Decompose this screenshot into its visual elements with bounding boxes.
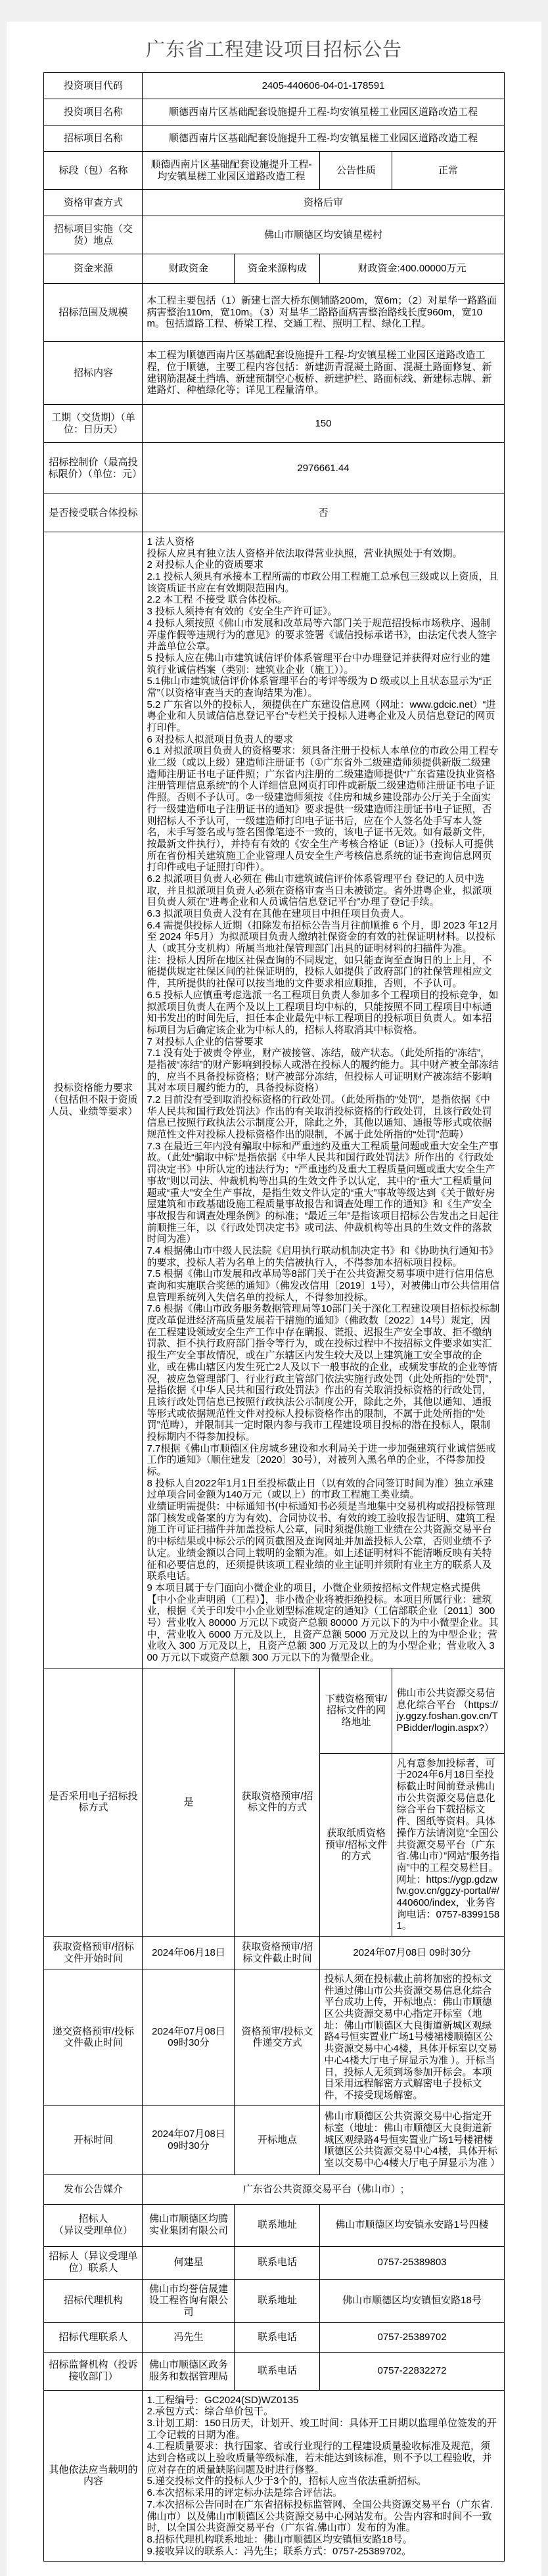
supervisor-phone-value: 0757-22832272: [320, 2352, 504, 2390]
row-consortium: 是否接受联合体投标 否: [44, 494, 504, 532]
media-value: 广东省公共资源交易平台（佛山市）;: [143, 2174, 504, 2204]
row-location: 招标项目实施（交货）地点 佛山市顺德区均安镇星槎村: [44, 216, 504, 254]
funding-comp-label: 资金来源构成: [235, 254, 320, 284]
qualification-value: 1 法人资格 投标人应具有独立法人资格并依法取得营业执照，营业执照处于有效期。 …: [143, 532, 504, 1668]
project-code-value: 2405-440606-04-01-178591: [143, 73, 504, 99]
invest-name-label: 投资项目名称: [44, 99, 143, 126]
control-price-value: 2976661.44: [143, 443, 504, 494]
agency-value: 佛山市均誉信晟建设工程咨询有限公司: [143, 2279, 235, 2322]
project-code-label: 投资项目代码: [44, 73, 143, 99]
doc-download-label: 下载资格预审/招标文件的网络地址: [320, 1668, 392, 1753]
row-tender-name: 招标项目名称 顺德西南片区基础配套设施提升工程-均安镇星槎工业园区道路改造工程: [44, 126, 504, 152]
agency-label: 招标代理机构: [44, 2279, 143, 2322]
location-label: 招标项目实施（交货）地点: [44, 216, 143, 254]
e-bidding-label: 是否采用电子招标投标方式: [44, 1668, 143, 1936]
row-other: 其他依法应当载明的内容 1.工程编号：GC2024(SD)WZ0135 2.承包…: [44, 2390, 504, 2562]
qualification-label: 投标资格能力要求（包括但不限于资质人员、业绩等要求）: [44, 532, 143, 1668]
announcement-table: 投资项目代码 2405-440606-04-01-178591 投资项目名称 顺…: [43, 72, 504, 2562]
tenderer-value: 佛山市顺德区均腾实业集团有限公司: [143, 2204, 235, 2246]
announcement-card: 广东省工程建设项目招标公告 投资项目代码 2405-440606-04-01-1…: [7, 22, 541, 2576]
row-scope: 招标范围及规模 本工程主要包括（1）新建七滘大桥东侧辅路200m，宽6m；（2）…: [44, 284, 504, 342]
row-content: 招标内容 本工程为顺德西南片区基础配套设施提升工程-均安镇星槎工业园区道路改造工…: [44, 342, 504, 405]
supervisor-label: 招标监督机构（投诉接收部门）: [44, 2352, 143, 2390]
doc-paper-label: 获取纸质资格预审/招标文件的方式: [320, 1753, 392, 1936]
section-label: 标段（包）名称: [44, 152, 143, 190]
agency-addr-value: 佛山市顺德区均安镇恒安路18号: [320, 2279, 504, 2322]
consortium-label: 是否接受联合体投标: [44, 494, 143, 532]
supervisor-phone-label: 联系电话: [235, 2352, 320, 2390]
duration-value: 150: [143, 405, 504, 443]
acquire-end-value: 2024年07月08日 09时30分: [320, 1937, 504, 1969]
row-agency-contact: 招标代理联系人 冯先生 联系电话 0757-25389702: [44, 2322, 504, 2352]
row-tenderer-contact: 招标人（异议受理单位）联系人 何建星 联系电话 0757-25389803: [44, 2246, 504, 2279]
control-price-label: 招标控制价（最高投标限价）（单位：元）: [44, 443, 143, 494]
acquire-end-label: 获取资格预审/招标文件截止时间: [235, 1937, 320, 1969]
row-submit: 递交资格预审/投标文件截止时间 2024年07月08日 09时30分 资格预审/…: [44, 1969, 504, 2106]
content-value: 本工程为顺德西南片区基础配套设施提升工程-均安镇星槎工业园区道路改造工程，位于顺…: [143, 342, 504, 405]
row-duration: 工期（交货期）（单位：日历天） 150: [44, 405, 504, 443]
submit-method-value: 投标人须在投标截止前将加密的投标文件通过佛山市公共资源交易信息化综合平台成功上传…: [320, 1969, 504, 2106]
row-control-price: 招标控制价（最高投标限价）（单位：元） 2976661.44: [44, 443, 504, 494]
doc-acquire-label: 获取资格预审/招标文件的方式: [235, 1668, 320, 1936]
scope-value: 本工程主要包括（1）新建七滘大桥东侧辅路200m，宽6m；（2）对星华一路路面病…: [143, 284, 504, 342]
acquire-start-value: 2024年06月18日: [143, 1937, 235, 1969]
notice-nature-label: 公告性质: [320, 152, 392, 190]
open-place-label: 开标地点: [235, 2105, 320, 2174]
e-bidding-value: 是: [143, 1668, 235, 1936]
agency-contact-label: 招标代理联系人: [44, 2322, 143, 2352]
notice-nature-value: 正常: [392, 152, 504, 190]
tenderer-label: 招标人 （异议受理单位）: [44, 2204, 143, 2246]
location-value: 佛山市顺德区均安镇星槎村: [143, 216, 504, 254]
page-title: 广东省工程建设项目招标公告: [7, 28, 541, 72]
open-time-label: 开标时间: [44, 2105, 143, 2174]
section-value: 顺德西南片区基础配套设施提升工程-均安镇星槎工业园区道路改造工程: [143, 152, 320, 190]
open-place-value: 佛山市顺德区公共资源交易中心指定开标室（地址：佛山市顺德区大良街道新城区观绿路4…: [320, 2105, 504, 2174]
funding-comp-value: 财政资金:400.00000万元: [320, 254, 504, 284]
media-label: 发布公告媒介: [44, 2174, 143, 2204]
row-media: 发布公告媒介 广东省公共资源交易平台（佛山市）;: [44, 2174, 504, 2204]
funding-value: 财政资金: [143, 254, 235, 284]
submit-deadline-label: 递交资格预审/投标文件截止时间: [44, 1969, 143, 2106]
row-qual-review: 资格审查方式 资格后审: [44, 190, 504, 216]
acquire-start-label: 获取资格预审/招标文件开始时间: [44, 1937, 143, 1969]
tenderer-contact-label: 招标人（异议受理单位）联系人: [44, 2246, 143, 2279]
other-value: 1.工程编号：GC2024(SD)WZ0135 2.承包方式：综合单价包干。 3…: [143, 2390, 504, 2562]
qual-review-label: 资格审查方式: [44, 190, 143, 216]
row-supervisor: 招标监督机构（投诉接收部门） 佛山市顺德区政务服务和数据管理局 联系电话 075…: [44, 2352, 504, 2390]
invest-name-value: 顺德西南片区基础配套设施提升工程-均安镇星槎工业园区道路改造工程: [143, 99, 504, 126]
row-invest-name: 投资项目名称 顺德西南片区基础配套设施提升工程-均安镇星槎工业园区道路改造工程: [44, 99, 504, 126]
agency-phone-value: 0757-25389702: [320, 2322, 504, 2352]
content-label: 招标内容: [44, 342, 143, 405]
open-time-value: 2024年07月08日 09时30分: [143, 2105, 235, 2174]
doc-paper-value: 凡有意参加投标者，可于2024年6月18日至投标截止时间前登录佛山市公共资源交易…: [392, 1753, 504, 1936]
submit-method-label: 资格预审/投标文件递交方式: [235, 1969, 320, 2106]
row-qualification: 投标资格能力要求（包括但不限于资质人员、业绩等要求） 1 法人资格 投标人应具有…: [44, 532, 504, 1668]
agency-phone-label: 联系电话: [235, 2322, 320, 2352]
tenderer-addr-value: 佛山市顺德区均安镇永安路1号四楼: [320, 2204, 504, 2246]
row-section: 标段（包）名称 顺德西南片区基础配套设施提升工程-均安镇星槎工业园区道路改造工程…: [44, 152, 504, 190]
scope-label: 招标范围及规模: [44, 284, 143, 342]
duration-label: 工期（交货期）（单位：日历天）: [44, 405, 143, 443]
tenderer-contact-value: 何建星: [143, 2246, 235, 2279]
row-funding: 资金来源 财政资金 资金来源构成 财政资金:400.00000万元: [44, 254, 504, 284]
funding-label: 资金来源: [44, 254, 143, 284]
other-label: 其他依法应当载明的内容: [44, 2390, 143, 2562]
agency-contact-value: 冯先生: [143, 2322, 235, 2352]
row-e-bidding: 是否采用电子招标投标方式 是 获取资格预审/招标文件的方式 下载资格预审/招标文…: [44, 1668, 504, 1753]
tender-name-value: 顺德西南片区基础配套设施提升工程-均安镇星槎工业园区道路改造工程: [143, 126, 504, 152]
consortium-value: 否: [143, 494, 504, 532]
tenderer-phone-label: 联系电话: [235, 2246, 320, 2279]
row-acquire-time: 获取资格预审/招标文件开始时间 2024年06月18日 获取资格预审/招标文件截…: [44, 1937, 504, 1969]
row-opening: 开标时间 2024年07月08日 09时30分 开标地点 佛山市顺德区公共资源交…: [44, 2105, 504, 2174]
row-project-code: 投资项目代码 2405-440606-04-01-178591: [44, 73, 504, 99]
row-tenderer: 招标人 （异议受理单位） 佛山市顺德区均腾实业集团有限公司 联系地址 佛山市顺德…: [44, 2204, 504, 2246]
tender-name-label: 招标项目名称: [44, 126, 143, 152]
doc-download-value: 佛山市公共资源交易信息化综合平台 （https://jy.ggzy.foshan…: [392, 1668, 504, 1753]
tenderer-addr-label: 联系地址: [235, 2204, 320, 2246]
supervisor-value: 佛山市顺德区政务服务和数据管理局: [143, 2352, 235, 2390]
row-agency: 招标代理机构 佛山市均誉信晟建设工程咨询有限公司 联系地址 佛山市顺德区均安镇恒…: [44, 2279, 504, 2322]
agency-addr-label: 联系地址: [235, 2279, 320, 2322]
qual-review-value: 资格后审: [143, 190, 504, 216]
submit-deadline-value: 2024年07月08日 09时30分: [143, 1969, 235, 2106]
tenderer-phone-value: 0757-25389803: [320, 2246, 504, 2279]
